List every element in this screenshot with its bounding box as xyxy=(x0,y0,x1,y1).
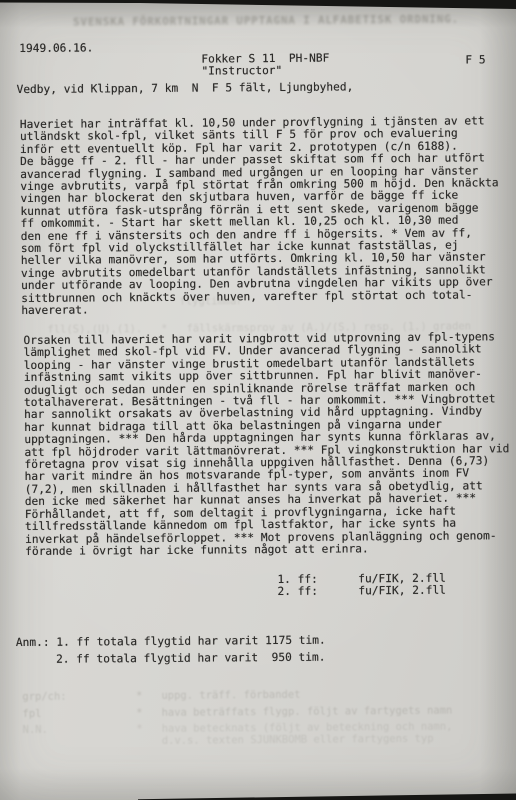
bleedthrough-line: fpl * hava beträffats flygp. följt av fa… xyxy=(22,705,452,721)
remark-line-1: Anm.: 1. ff totala flygtid har varit 117… xyxy=(16,635,326,650)
scanned-accident-report-page: SVENSKA FÖRKORTNINGAR UPPTAGNA I ALFABET… xyxy=(0,0,516,800)
bleedthrough-line: * flygtimmar xyxy=(154,295,243,308)
aircraft-nickname: "Instructor" xyxy=(201,65,282,78)
bleedthrough-line: grp/ch: * uppg. träff. förbandet xyxy=(22,689,300,704)
bleedthrough-line: N.N. * hava betecknats (följt av beteckn… xyxy=(23,721,453,749)
accident-location-line: Vedby, vid Klippan, 7 km N F 5 fält, Lju… xyxy=(17,81,354,96)
accident-description-paragraph: Haveriet har inträffat kl. 10,50 under p… xyxy=(20,115,506,317)
crew-list: 1. ff: fu/FIK, 2.fll 2. ff: fu/FIK, 2.fl… xyxy=(277,573,446,599)
remark-line-2: 2. ff totala flygtid har varit 950 tim. xyxy=(56,652,326,667)
bleedthrough-header-text: SVENSKA FÖRKORTNINGAR UPPTAGNA I ALFABET… xyxy=(73,14,459,29)
accident-cause-paragraph: Orsaken till haveriet har varit vingbrot… xyxy=(23,331,509,558)
report-date: 1949.06.16. xyxy=(19,42,93,55)
unit-designation: F 5 xyxy=(465,54,485,67)
typed-sheet: SVENSKA FÖRKORTNINGAR UPPTAGNA I ALFABET… xyxy=(0,0,516,800)
